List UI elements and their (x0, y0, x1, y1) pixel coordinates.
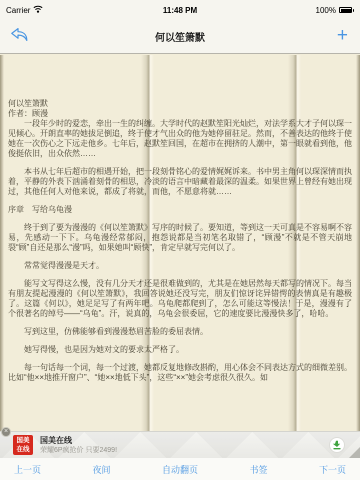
ad-logo: 国美 在线 (13, 435, 33, 455)
battery-percent-label: 100% (316, 6, 336, 15)
status-bar: Carrier 11:48 PM 100% (0, 0, 360, 20)
paragraph: 一段年少时的爱恋，牵出一生的纠缠。大学时代的赵默笙阳光灿烂，对法学系大才子何以琛… (8, 119, 352, 159)
page-title: 何以笙箫默 (0, 29, 360, 44)
nav-bar: 何以笙箫默 + (0, 20, 360, 54)
paragraph: 每一句话每一个词，每一个过渡，她都反复地修改斟酌，用心体会不同表达方式的细微差别… (8, 363, 352, 383)
paragraph: 本书从七年后超市的相遇开始，把一段刻骨铭心的爱情娓娓诉来。书中男主角何以琛深情而… (8, 167, 352, 197)
ad-close-icon[interactable]: × (1, 427, 11, 437)
toolbar-bookmark-button[interactable]: 书签 (249, 463, 267, 476)
reader-page[interactable]: 何以笙箫默 作者：顾漫 一段年少时的爱恋，牵出一生的纠缠。大学时代的赵默笙阳光灿… (0, 55, 360, 431)
author-line: 作者：顾漫 (8, 109, 352, 119)
ad-subtitle: 荣耀6P疯抢价 只要2499! (40, 446, 117, 455)
wifi-icon (33, 5, 43, 15)
ad-title: 国美在线 (40, 436, 117, 446)
ad-info-corner-icon (349, 447, 360, 458)
add-button[interactable]: + (337, 23, 348, 49)
chapter-heading: 序章 写给乌龟漫 (8, 205, 352, 215)
ad-logo-line1: 国美 (17, 436, 30, 445)
paragraph: 写到这里，仿佛能够看到漫漫愁眉苦脸的委屈表情。 (8, 327, 352, 337)
back-button[interactable] (11, 28, 28, 46)
paragraph: 终于到了要为漫漫的《何以笙箫默》写序的时候了。要知道，等到这一天可真是不容易啊不… (8, 223, 352, 253)
toolbar-next-page-button[interactable]: 下一页 (319, 463, 346, 476)
reader-toolbar: 上一页 夜间 自动翻页 书签 下一页 (0, 458, 360, 480)
toolbar-prev-page-button[interactable]: 上一页 (14, 463, 41, 476)
back-arrow-icon (11, 28, 28, 46)
download-icon[interactable] (329, 437, 345, 453)
toolbar-auto-flip-button[interactable]: 自动翻页 (162, 463, 198, 476)
toolbar-night-mode-button[interactable]: 夜间 (92, 463, 110, 476)
paragraph: 常常觉得漫漫是天才。 (8, 261, 352, 271)
paragraph: 她写得慢，也是因为她对文的要求太严格了。 (8, 345, 352, 355)
status-clock: 11:48 PM (0, 6, 360, 15)
ad-logo-line2: 在线 (17, 445, 30, 454)
book-title: 何以笙箫默 (8, 99, 352, 109)
carrier-label: Carrier (6, 6, 30, 15)
book-text: 何以笙箫默 作者：顾漫 一段年少时的爱恋，牵出一生的纠缠。大学时代的赵默笙阳光灿… (0, 55, 360, 383)
paragraph: 能写文写得这么慢，没有几分天才还是很难做到的，尤其是在她居然每天都写的情况下。每… (8, 279, 352, 319)
ebook-reader-screen: Carrier 11:48 PM 100% (0, 0, 360, 480)
battery-icon (339, 7, 354, 13)
ad-banner[interactable]: × 国美 在线 国美在线 荣耀6P疯抢价 只要2499! (0, 431, 360, 458)
